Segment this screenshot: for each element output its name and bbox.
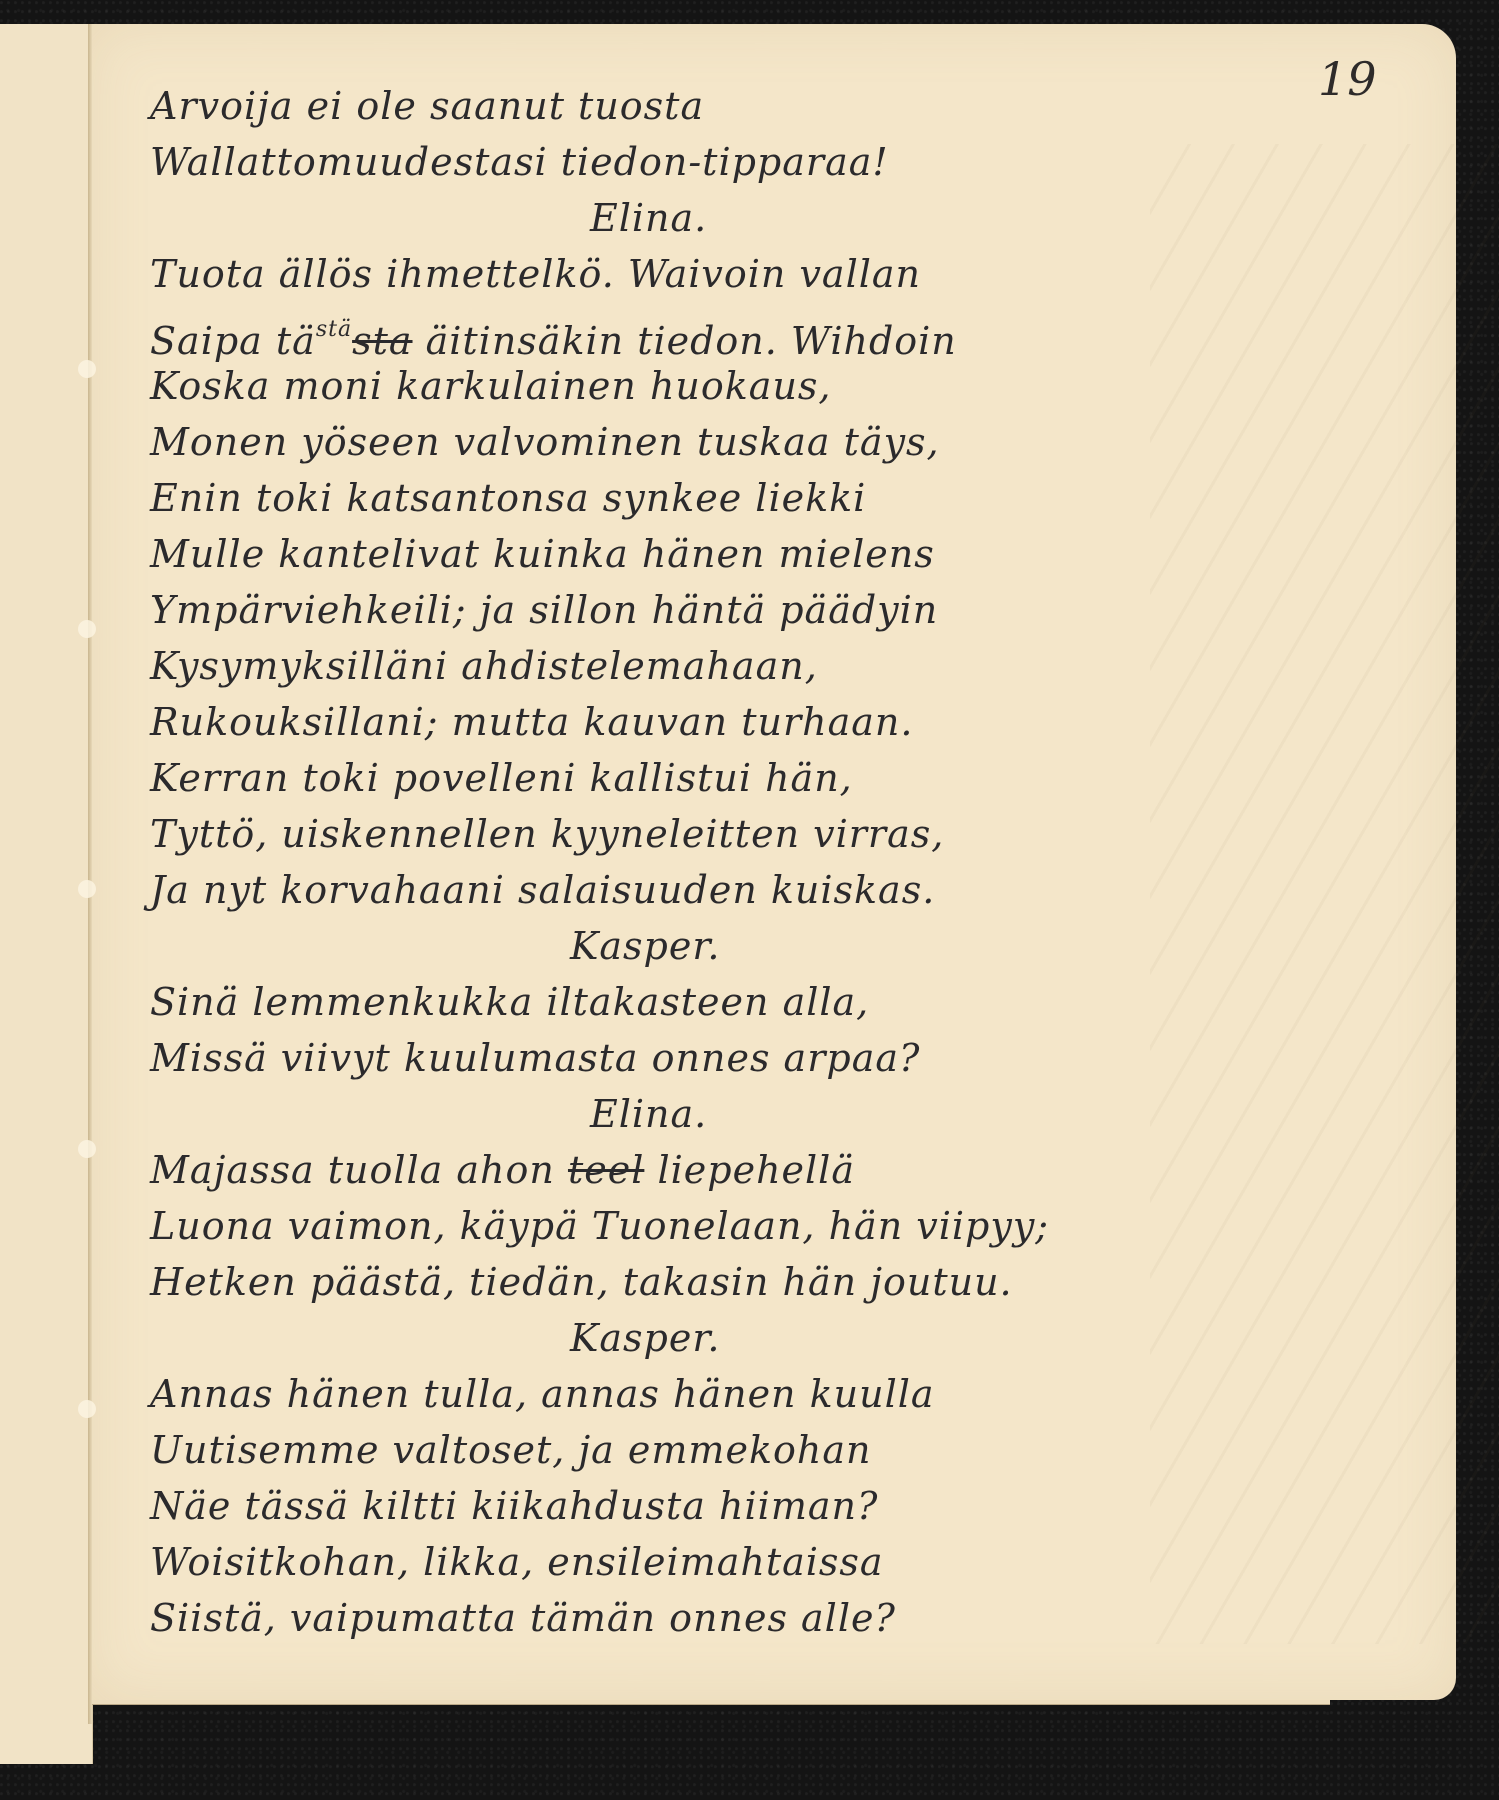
speaker-name: Kasper. bbox=[150, 918, 1290, 974]
verse-line: Mulle kantelivat kuinka hänen mielens bbox=[150, 526, 1290, 582]
verse-line: Woisitkohan, likka, ensileimahtaissa bbox=[150, 1534, 1290, 1590]
manuscript-text: Arvoija ei ole saanut tuosta Wallattomuu… bbox=[150, 78, 1290, 1646]
verse-line-corrected: Saipa tästästa äitinsäkin tiedon. Wihdoi… bbox=[150, 302, 1290, 358]
speaker-name: Kasper. bbox=[150, 1310, 1290, 1366]
binding-stitch-hole bbox=[78, 1140, 96, 1158]
verse-line: Enin toki katsantonsa synkee liekki bbox=[150, 470, 1290, 526]
verse-line: Kysymyksilläni ahdistelemahaan, bbox=[150, 638, 1290, 694]
verse-line: Monen yöseen valvominen tuskaa täys, bbox=[150, 414, 1290, 470]
verse-line: Sinä lemmenkukka iltakasteen alla, bbox=[150, 974, 1290, 1030]
verse-line: Arvoija ei ole saanut tuosta bbox=[150, 78, 1290, 134]
verse-line: Siistä, vaipumatta tämän onnes alle? bbox=[150, 1590, 1290, 1646]
verse-line: Ympärviehkeili; ja sillon häntä päädyin bbox=[150, 582, 1290, 638]
speaker-name: Elina. bbox=[150, 190, 1290, 246]
verse-line: Uutisemme valtoset, ja emmekohan bbox=[150, 1422, 1290, 1478]
struck-text: teel bbox=[568, 1148, 644, 1192]
verse-text: äitinsäkin tiedon. Wihdoin bbox=[413, 319, 957, 363]
verse-line: Kerran toki povelleni kallistui hän, bbox=[150, 750, 1290, 806]
binding-stitch-hole bbox=[78, 1400, 96, 1418]
struck-text: sta bbox=[352, 319, 412, 363]
binding-stitch-hole bbox=[78, 880, 96, 898]
verse-line: Tyttö, uiskennellen kyyneleitten virras, bbox=[150, 806, 1290, 862]
verse-line: Ja nyt korvahaani salaisuuden kuiskas. bbox=[150, 862, 1290, 918]
verse-line: Rukouksillani; mutta kauvan turhaan. bbox=[150, 694, 1290, 750]
verse-line: Luona vaimon, käypä Tuonelaan, hän viipy… bbox=[150, 1198, 1290, 1254]
verse-line: Koska moni karkulainen huokaus, bbox=[150, 358, 1290, 414]
speaker-name: Elina. bbox=[150, 1086, 1290, 1142]
verse-text: liepehellä bbox=[644, 1148, 855, 1192]
binding-stitch-hole bbox=[78, 620, 96, 638]
verse-line: Tuota ällös ihmettelkö. Waivoin vallan bbox=[150, 246, 1290, 302]
verse-line: Missä viivyt kuulumasta onnes arpaa? bbox=[150, 1030, 1290, 1086]
verse-line: Näe tässä kiltti kiikahdusta hiiman? bbox=[150, 1478, 1290, 1534]
verse-line-corrected: Majassa tuolla ahon teel liepehellä bbox=[150, 1142, 1290, 1198]
book-gutter bbox=[88, 24, 92, 1724]
page-number: 19 bbox=[1318, 52, 1377, 106]
verse-line: Annas hänen tulla, annas hänen kuulla bbox=[150, 1366, 1290, 1422]
verse-line: Hetken päästä, tiedän, takasin hän joutu… bbox=[150, 1254, 1290, 1310]
verse-line: Wallattomuudestasi tiedon-tipparaa! bbox=[150, 134, 1290, 190]
inserted-correction: stä bbox=[316, 317, 352, 342]
verse-text: Majassa tuolla ahon bbox=[150, 1148, 568, 1192]
verse-text: Saipa tä bbox=[150, 319, 316, 363]
binding-stitch-hole bbox=[78, 360, 96, 378]
